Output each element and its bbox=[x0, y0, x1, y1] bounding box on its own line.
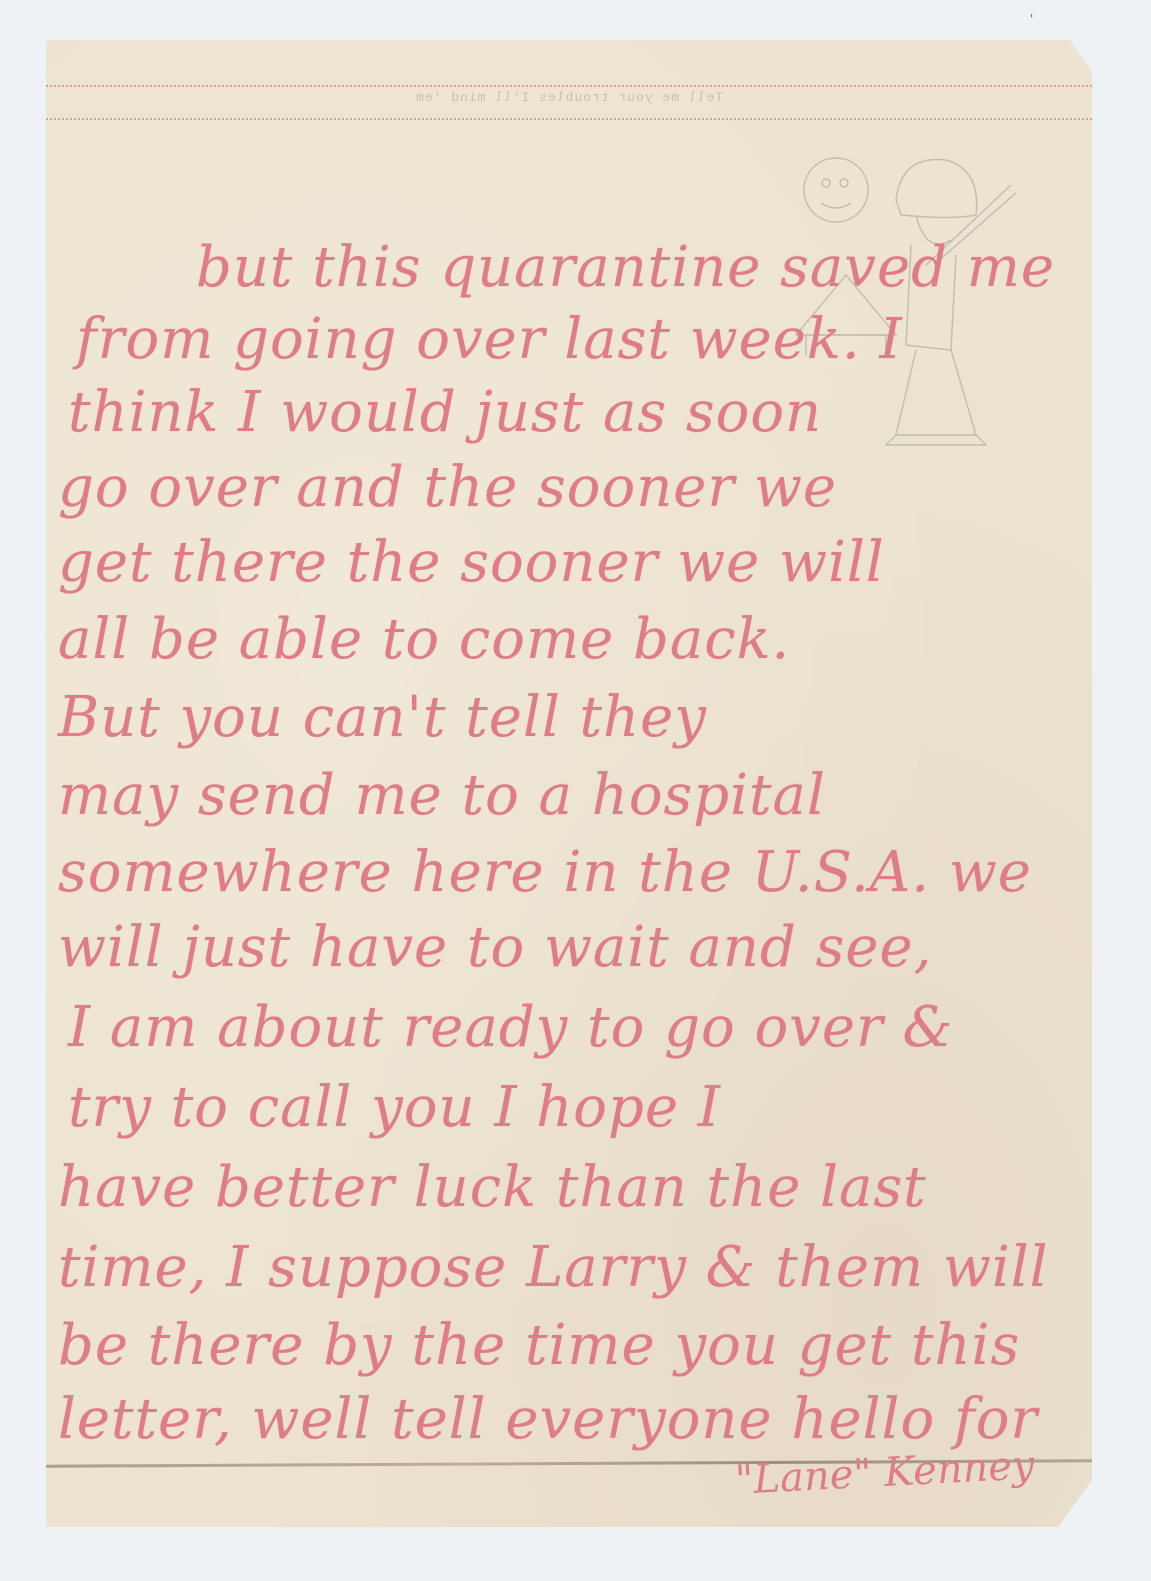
letter-line: time, I suppose Larry & them will bbox=[58, 1240, 1049, 1296]
letter-line: may send me to a hospital bbox=[58, 768, 826, 824]
letter-page: Tell me your troubles I'll mind 'em but … bbox=[46, 40, 1092, 1527]
letter-line: letter, well tell everyone hello for bbox=[58, 1392, 1038, 1448]
letter-line: all be able to come back. bbox=[58, 612, 790, 668]
letter-line: go over and the sooner we bbox=[58, 460, 837, 516]
letter-line: will just have to wait and see, bbox=[58, 920, 932, 976]
stationery-header: Tell me your troubles I'll mind 'em bbox=[46, 90, 1092, 105]
letter-line: think I would just as soon bbox=[68, 385, 822, 441]
letter-line: somewhere here in the U.S.A. we bbox=[58, 845, 1032, 901]
letter-line: have better luck than the last bbox=[58, 1160, 927, 1216]
letter-line: but this quarantine saved me bbox=[196, 240, 1055, 296]
stationery-rule-bottom bbox=[46, 118, 1092, 120]
letter-line: be there by the time you get this bbox=[58, 1318, 1020, 1374]
letter-line: get there the sooner we will bbox=[58, 535, 885, 591]
stationery-rule-top bbox=[46, 85, 1092, 87]
letter-line: I am about ready to go over & bbox=[68, 1000, 953, 1056]
letter-line: from going over last week. I bbox=[76, 312, 903, 368]
letter-line: But you can't tell they bbox=[58, 690, 707, 746]
letter-line: try to call you I hope I bbox=[68, 1080, 721, 1136]
scan-mark: ' bbox=[1030, 12, 1033, 26]
